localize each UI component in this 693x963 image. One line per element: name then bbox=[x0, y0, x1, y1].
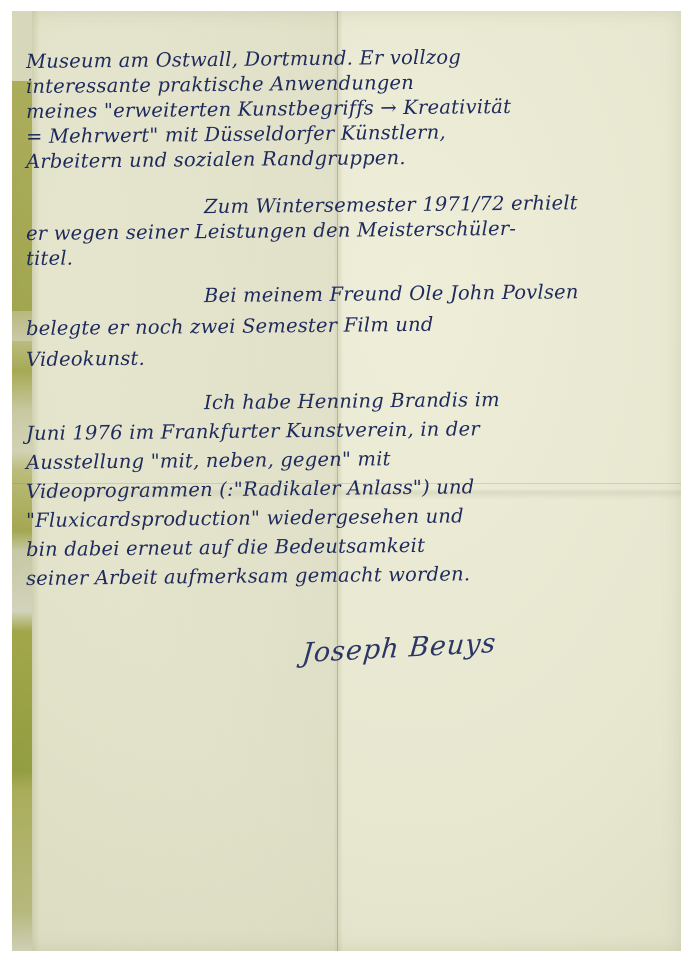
text-line: Videoprogrammen (:"Radikaler Anlass") un… bbox=[26, 472, 666, 504]
text-line: Videokunst. bbox=[26, 340, 666, 372]
paragraph-2: Zum Wintersemester 1971/72 erhielt er we… bbox=[26, 196, 666, 271]
letter-body: Museum am Ostwall, Dortmund. Er vollzog … bbox=[26, 49, 666, 591]
signature: Joseph Beuys bbox=[301, 628, 498, 669]
text-line: bin dabei erneut auf die Bedeutsamkeit bbox=[26, 530, 666, 562]
text-line: seiner Arbeit aufmerksam gemacht worden. bbox=[26, 559, 666, 591]
text-line: Ich habe Henning Brandis im bbox=[26, 385, 666, 417]
paragraph-4: Ich habe Henning Brandis im Juni 1976 im… bbox=[26, 392, 666, 591]
text-line: Juni 1976 im Frankfurter Kunstverein, in… bbox=[26, 414, 666, 446]
text-line: Arbeitern und sozialen Randgruppen. bbox=[26, 142, 666, 174]
text-line: Ausstellung "mit, neben, gegen" mit bbox=[26, 443, 666, 475]
paragraph-3: Bei meinem Freund Ole John Povlsen beleg… bbox=[26, 285, 666, 372]
text-line: titel. bbox=[26, 239, 666, 271]
text-line: belegte er noch zwei Semester Film und bbox=[26, 309, 666, 341]
text-line: "Fluxicardsproduction" wiedergesehen und bbox=[26, 501, 666, 533]
text-line: Bei meinem Freund Ole John Povlsen bbox=[26, 278, 666, 310]
paragraph-1: Museum am Ostwall, Dortmund. Er vollzog … bbox=[26, 49, 666, 174]
letter-page: Museum am Ostwall, Dortmund. Er vollzog … bbox=[12, 11, 681, 951]
